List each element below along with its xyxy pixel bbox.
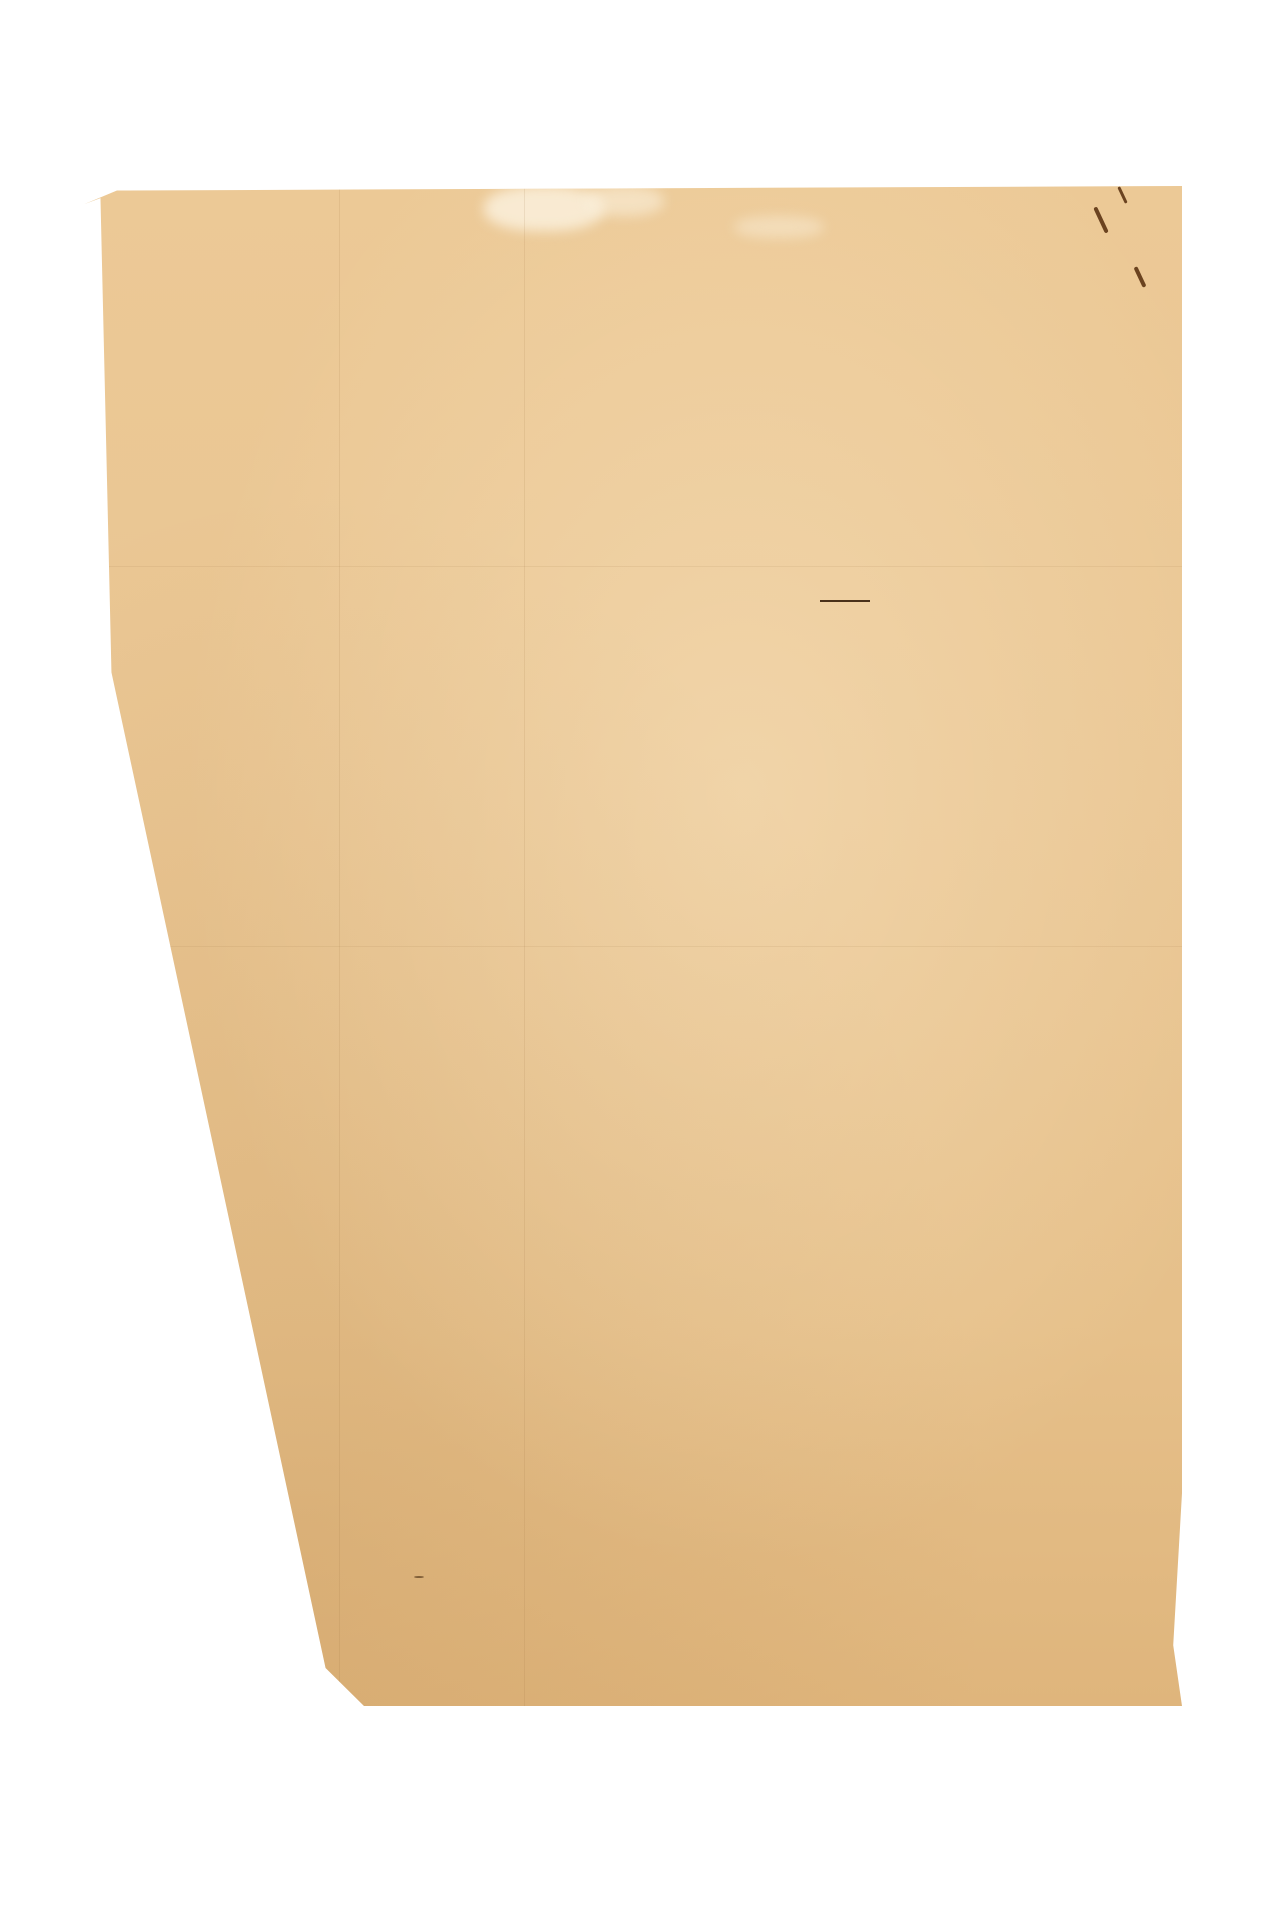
paper-sheet bbox=[84, 186, 1182, 1706]
water-stain bbox=[734, 216, 824, 238]
edge-mark bbox=[1117, 186, 1127, 204]
edge-mark bbox=[1134, 266, 1147, 288]
water-stain bbox=[584, 186, 664, 216]
fold-line bbox=[84, 946, 1182, 947]
edge-mark bbox=[1093, 206, 1108, 233]
bracket-mark bbox=[820, 600, 870, 602]
fold-line bbox=[84, 566, 1182, 567]
ink-speck bbox=[414, 1576, 424, 1578]
water-stain bbox=[484, 186, 604, 231]
ink-speck bbox=[194, 1563, 199, 1568]
